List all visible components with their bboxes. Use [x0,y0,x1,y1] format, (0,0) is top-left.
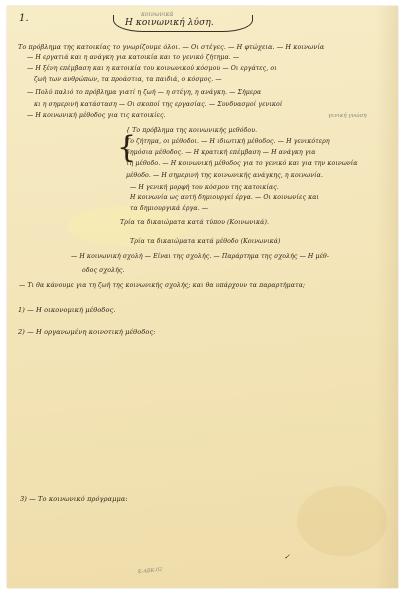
text-line: ζωή των ανθρώπων, τα προάστια, τα παιδιά… [34,76,222,83]
text-line: — Η ξένη επέμβαση και η κατοικία του κοι… [27,65,277,72]
text-line: Το ζήτημα, οι μέθοδοι. — Η ιδιωτική μέθο… [126,138,330,145]
numbered-item-1: 1) — Η οικονομική μέθοδος. [18,306,116,314]
text-line: — Τι θα κάνουμε για τη ζωή της κοινωνική… [19,282,305,289]
text-line: — Πολύ παλιό το πρόβλημα γιατί η ζωή — η… [27,89,261,96]
text-line: δημόσια μέθοδος. — Η κρατική επέμβαση — … [126,149,316,156]
page-number: 1. [19,13,29,24]
margin-pencil-note: γενική γνώση [328,113,367,119]
text-line: — Η γενική μορφή του κόσμου της κατοικία… [130,184,279,191]
page-title: Η κοινωνική λύση. [125,18,214,28]
numbered-item-3: 3) — Το κοινωνικό πρόγραμμα: [20,495,128,503]
text-line: — Η εργατιά και η ανάγκη για κατοικία κα… [27,54,239,61]
check-mark: ✓ [284,553,290,561]
text-line: Τρία τα δικαιώματα κατά τύπου (Κοινωνικά… [120,219,269,226]
text-line: Η κοινωνία ως αυτή δημιουργεί έργα. — Οι… [130,194,319,201]
text-line: τη μέθοδο. — Η κοινωνική μέθοδος για το … [126,160,358,167]
text-line: οδος σχολής. [82,267,125,274]
numbered-item-2: 2) — Η οργανωμένη κοινοτική μέθοδος: [18,328,156,336]
title-pencil-insertion: κοινωνικά [141,11,173,18]
paper-stain [297,486,387,556]
text-line: Το πρόβλημα της κατοικίας το γνωρίζουμε … [18,43,324,51]
text-line: { Το πρόβλημα της κοινωνικής μεθόδου. [126,127,257,134]
text-line: κι η σημερινή κατάσταση — Οι σκοποί της … [34,101,282,108]
text-line: — Η κοινωνική σχολή — Είναι της σχολής. … [71,253,329,260]
text-line: μέθοδο. — Η σημερινή της κοινωνικής ανάγ… [126,172,323,179]
text-line: Τρία τα δικαιώματα κατά μέθοδο (Κοινωνικ… [130,238,281,245]
text-line: — Η κοινωνική μέθοδος για τις κατοικίες. [27,112,166,119]
text-line: τα δημιουργικά έργα. — [130,205,208,212]
